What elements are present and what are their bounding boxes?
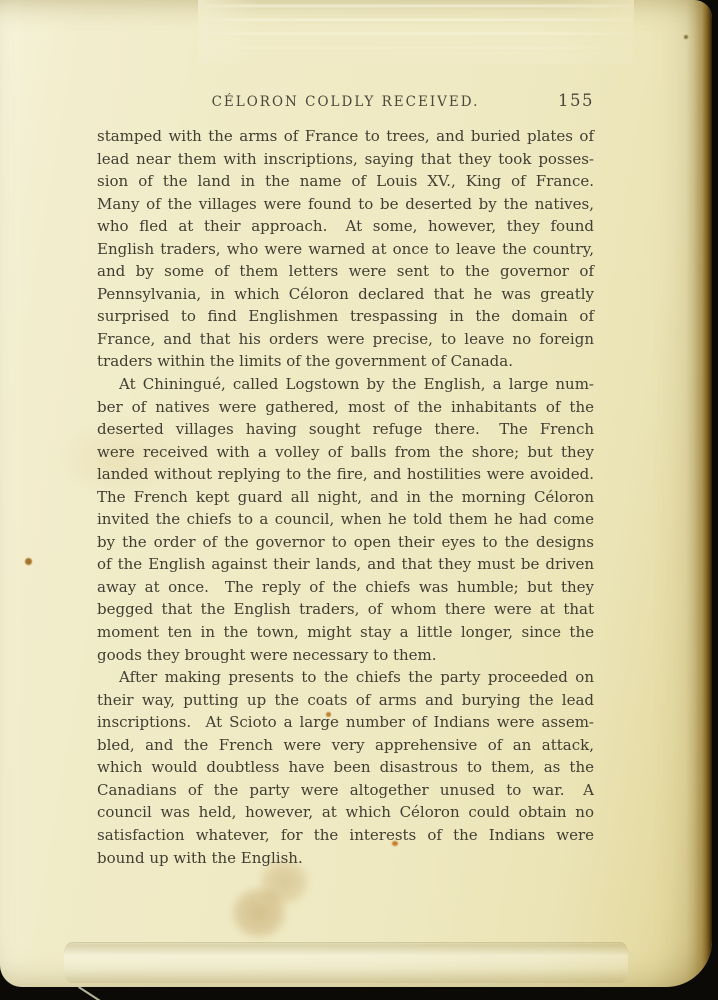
- text-line: by the order of the governor to open the…: [97, 531, 594, 554]
- text-line: After making presents to the chiefs the …: [97, 666, 594, 689]
- text-line: deserted villages having sought refuge t…: [97, 418, 594, 441]
- text-line: their way, putting up the coats of arms …: [97, 689, 594, 712]
- paragraph: After making presents to the chiefs the …: [97, 666, 594, 869]
- text-line: Many of the villages were found to be de…: [97, 193, 594, 216]
- text-line: sion of the land in the name of Louis XV…: [97, 170, 594, 193]
- text-line: goods they brought were necessary to the…: [97, 644, 594, 667]
- paragraph: stamped with the arms of France to trees…: [97, 125, 594, 373]
- book-page: CÉLORON COLDLY RECEIVED. 155 stamped wit…: [0, 0, 712, 987]
- photo-background: { "page": { "header": { "title": "CÉLORO…: [0, 0, 718, 1000]
- text-line: bled, and the French were very apprehens…: [97, 734, 594, 757]
- page-number: 155: [558, 91, 594, 111]
- text-line: Pennsylvania, in which Céloron declared …: [97, 283, 594, 306]
- text-line: Canadians of the party were altogether u…: [97, 779, 594, 802]
- text-line: invited the chiefs to a council, when he…: [97, 508, 594, 531]
- text-line: English traders, who were warned at once…: [97, 238, 594, 261]
- paragraph: At Chiningué, called Logstown by the Eng…: [97, 373, 594, 666]
- text-line: away at once. The reply of the chiefs wa…: [97, 576, 594, 599]
- printed-content: CÉLORON COLDLY RECEIVED. 155 stamped wit…: [0, 0, 712, 987]
- scanned-book-photo: CÉLORON COLDLY RECEIVED. 155 stamped wit…: [0, 0, 718, 1000]
- text-line: satisfaction whatever, for the interests…: [97, 824, 594, 847]
- text-line: of the English against their lands, and …: [97, 553, 594, 576]
- text-line: which would doubtless have been disastro…: [97, 756, 594, 779]
- text-line: The French kept guard all night, and in …: [97, 486, 594, 509]
- text-line: moment ten in the town, might stay a lit…: [97, 621, 594, 644]
- text-line: bound up with the English.: [97, 847, 594, 870]
- text-line: stamped with the arms of France to trees…: [97, 125, 594, 148]
- text-line: council was held, however, at which Célo…: [97, 801, 594, 824]
- text-line: surprised to find Englishmen trespassing…: [97, 305, 594, 328]
- text-line: were received with a volley of balls fro…: [97, 441, 594, 464]
- running-title: CÉLORON COLDLY RECEIVED.: [97, 92, 594, 112]
- text-line: inscriptions. At Scioto a large number o…: [97, 711, 594, 734]
- text-line: ber of natives were gathered, most of th…: [97, 396, 594, 419]
- body-text: stamped with the arms of France to trees…: [97, 125, 594, 869]
- book-edge-highlight: [78, 986, 104, 1000]
- text-line: At Chiningué, called Logstown by the Eng…: [97, 373, 594, 396]
- text-line: begged that the English traders, of whom…: [97, 598, 594, 621]
- text-line: lead near them with inscriptions, saying…: [97, 148, 594, 171]
- text-line: traders within the limits of the governm…: [97, 350, 594, 373]
- text-line: landed without replying to the fire, and…: [97, 463, 594, 486]
- text-line: and by some of them letters were sent to…: [97, 260, 594, 283]
- text-line: France, and that his orders were precise…: [97, 328, 594, 351]
- text-line: who fled at their approach. At some, how…: [97, 215, 594, 238]
- page-header: CÉLORON COLDLY RECEIVED. 155: [97, 92, 594, 112]
